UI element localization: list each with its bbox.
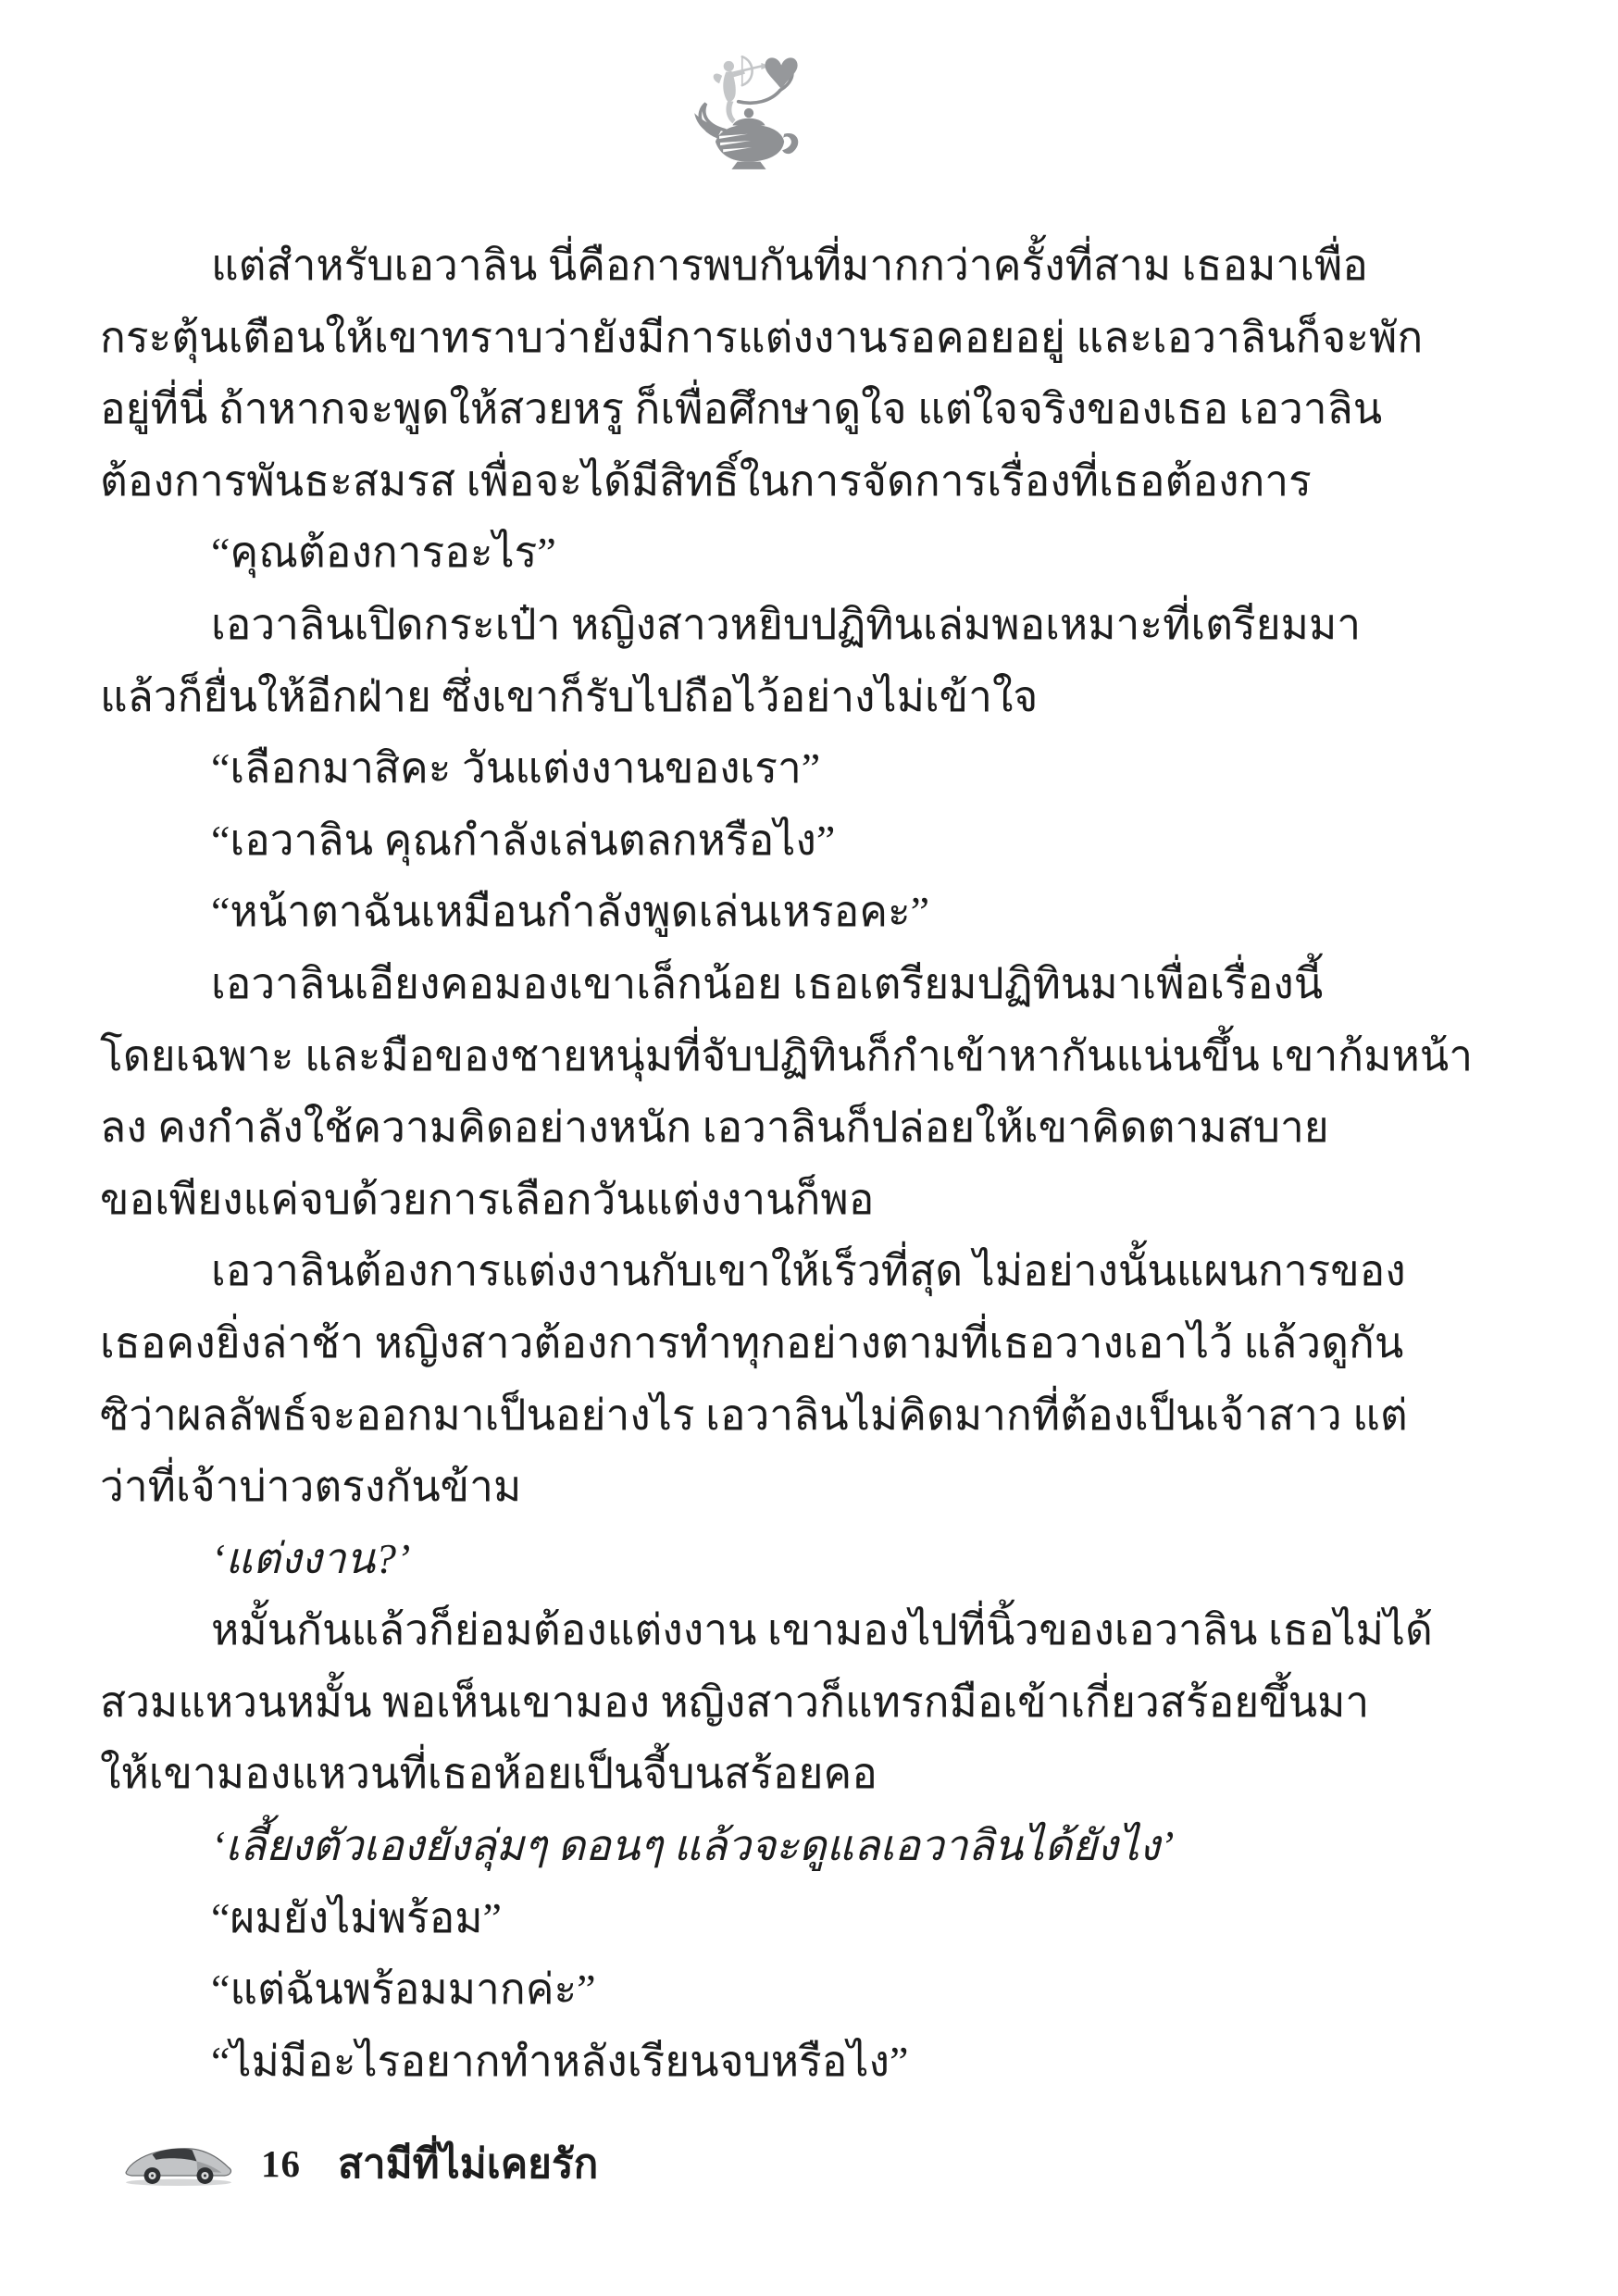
text-line: เอวาลินต้องการแต่งงานกับเขาให้เร็วที่สุด…: [100, 1235, 1522, 1307]
book-page: แต่สำหรับเอวาลิน นี่คือการพบกันที่มากกว่…: [0, 0, 1618, 2296]
genie-lamp: [694, 108, 798, 169]
text-line: “เลือกมาสิคะ วันแต่งงานของเรา”: [100, 732, 1522, 805]
text-line: สวมแหวนหมั้น พอเห็นเขามอง หญิงสาวก็แทรกม…: [100, 1666, 1522, 1739]
text-line: แล้วก็ยื่นให้อีกฝ่าย ซึ่งเขาก็รับไปถือไว…: [100, 661, 1522, 733]
text-line: “แต่ฉันพร้อมมากค่ะ”: [100, 1953, 1522, 2026]
text-line: ให้เขามองแหวนที่เธอห้อยเป็นจี้บนสร้อยคอ: [100, 1738, 1522, 1810]
text-line: “หน้าตาฉันเหมือนกำลังพูดเล่นเหรอคะ”: [100, 876, 1522, 948]
body-text: แต่สำหรับเอวาลิน นี่คือการพบกันที่มากกว่…: [100, 230, 1522, 2097]
text-line: กระตุ้นเตือนให้เขาทราบว่ายังมีการแต่งงาน…: [100, 302, 1522, 374]
text-line: โดยเฉพาะ และมือของชายหนุ่มที่จับปฏิทินก็…: [100, 1020, 1522, 1092]
heart-shape: [765, 57, 798, 89]
text-line: ‘แต่งงาน?’: [100, 1523, 1522, 1595]
text-line: เธอคงยิ่งล่าช้า หญิงสาวต้องการทำทุกอย่าง…: [100, 1307, 1522, 1379]
page-footer: 16 สามีที่ไม่เคยรัก: [122, 2135, 598, 2192]
text-line: แต่สำหรับเอวาลิน นี่คือการพบกันที่มากกว่…: [100, 230, 1522, 302]
text-line: หมั้นกันแล้วก็ย่อมต้องแต่งงาน เขามองไปที…: [100, 1594, 1522, 1666]
text-line: ซิว่าผลลัพธ์จะออกมาเป็นอย่างไร เอวาลินไม…: [100, 1379, 1522, 1452]
text-line: “ไม่มีอะไรอยากทำหลังเรียนจบหรือไง”: [100, 2026, 1522, 2098]
text-line: ‘เลี้ยงตัวเองยังลุ่มๆ ดอนๆ แล้วจะดูแลเอว…: [100, 1810, 1522, 1882]
text-line: อยู่ที่นี่ ถ้าหากจะพูดให้สวยหรู ก็เพื่อศ…: [100, 373, 1522, 445]
cupid-genie-lamp-ornament-icon: [691, 50, 807, 172]
text-line: เอวาลินเปิดกระเป๋า หญิงสาวหยิบปฏิทินเล่ม…: [100, 589, 1522, 661]
text-line: “ผมยังไม่พร้อม”: [100, 1882, 1522, 1954]
text-line: ว่าที่เจ้าบ่าวตรงกันข้าม: [100, 1451, 1522, 1523]
sports-car-icon: [122, 2139, 235, 2189]
text-line: เอวาลินเอียงคอมองเขาเล็กน้อย เธอเตรียมปฏ…: [100, 948, 1522, 1020]
text-line: ต้องการพันธะสมรส เพื่อจะได้มีสิทธิ์ในการ…: [100, 445, 1522, 518]
text-line: “เอวาลิน คุณกำลังเล่นตลกหรือไง”: [100, 805, 1522, 877]
text-line: ขอเพียงแค่จบด้วยการเลือกวันแต่งงานก็พอ: [100, 1164, 1522, 1236]
book-title: สามีที่ไม่เคยรัก: [338, 2131, 598, 2196]
text-line: “คุณต้องการอะไร”: [100, 517, 1522, 589]
text-line: ลง คงกำลังใช้ความคิดอย่างหนัก เอวาลินก็ป…: [100, 1092, 1522, 1164]
page-number: 16: [261, 2141, 301, 2186]
